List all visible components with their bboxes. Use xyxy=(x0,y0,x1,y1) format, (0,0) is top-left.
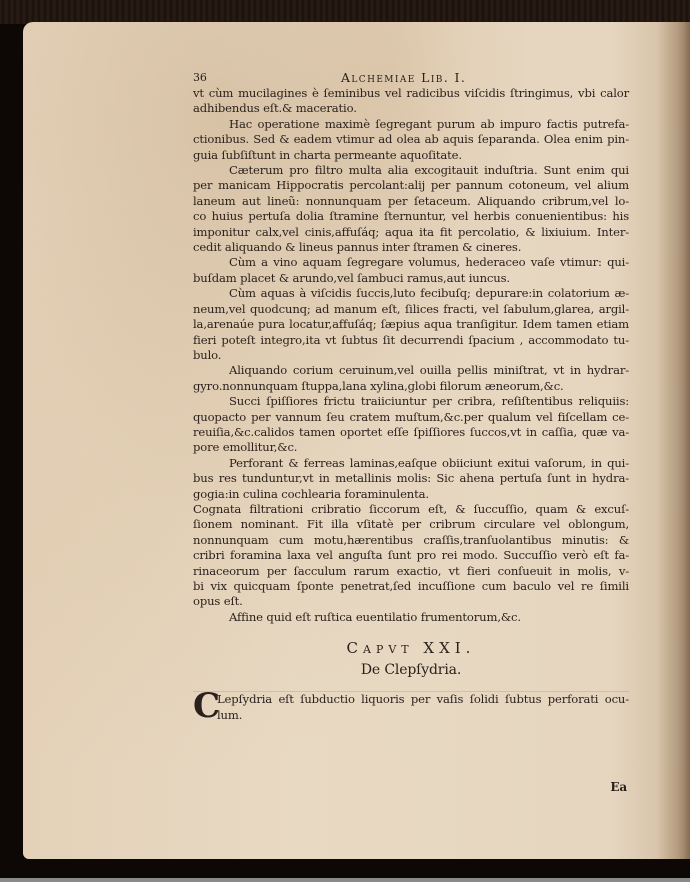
paragraph: Cæterum pro filtro multa alia excogitaui… xyxy=(193,163,629,255)
paragraph-line: guia ſubſiſtunt in charta permeante aquo… xyxy=(193,148,629,163)
paragraph: Aliquando corium ceruinum,vel ouilla pel… xyxy=(193,363,629,394)
drop-cap: C xyxy=(193,690,220,722)
paragraph: Cùm aquas à viſcidis ſuccis,luto fecibuſ… xyxy=(193,286,629,363)
paragraph-line: buſdam placet & arundo,vel ſambuci ramus… xyxy=(193,271,629,286)
paragraph: Succi ſpiſſiores frictu traiiciuntur per… xyxy=(193,394,629,456)
paragraph-line: vt cùm mucilagines è ſeminibus vel radic… xyxy=(193,86,629,101)
paragraph-line: Cùm aquas à viſcidis ſuccis,luto fecibuſ… xyxy=(193,286,629,301)
paragraph-line: gogia:in culina cochlearia foraminulenta… xyxy=(193,487,629,502)
running-head-title: Alchemiae Lib. I. xyxy=(341,70,466,85)
chapter-opening-paragraph: C Lepſydria eſt ſubductio liquoris per v… xyxy=(193,691,629,723)
book-page: 36 Alchemiae Lib. I. vt cùm mucilagines … xyxy=(23,22,690,859)
paragraph-line: neum,vel quodcunq; ad manum eſt, ſilices… xyxy=(193,302,629,317)
paragraph-line: per manicam Hippocratis percolant:alij p… xyxy=(193,178,629,193)
paragraph-line: fieri poteſt integro,ita vt ſubtus ſit d… xyxy=(193,333,629,348)
paragraph-line: opus eſt. xyxy=(193,594,629,609)
paragraph-line: Cæterum pro filtro multa alia excogitaui… xyxy=(193,163,629,178)
paragraph-line: Affine quid eſt ruſtica euentilatio frum… xyxy=(193,610,629,625)
paragraph-line: laneum aut lineũ: nonnunquam per ſetaceu… xyxy=(193,194,629,209)
paragraph-line: pore emollitur,&c. xyxy=(193,440,629,455)
paragraph-line: Hac operatione maximè ſegregant purum ab… xyxy=(193,117,629,132)
paragraph-line: cedit aliquando & lineus pannus inter ſt… xyxy=(193,240,629,255)
chapter-title: Capvt XXI. xyxy=(193,641,629,661)
paragraph-line: cribri foramina laxa vel anguſta ſunt pr… xyxy=(193,548,629,563)
paragraph-line: bus res tunduntur,vt in metallinis molis… xyxy=(193,471,629,486)
paragraph-line: nonnunquam cum motu,hærentibus craſſis,t… xyxy=(193,533,629,548)
paragraph-line: bulo. xyxy=(193,348,629,363)
paragraph-line: bi vix quicquam ſponte penetrat,ſed incu… xyxy=(193,579,629,594)
scan-top-edge xyxy=(0,0,690,24)
body-paragraphs: vt cùm mucilagines è ſeminibus vel radic… xyxy=(193,86,629,625)
paragraph: vt cùm mucilagines è ſeminibus vel radic… xyxy=(193,86,629,117)
paragraph-line: ctionibus. Sed & eadem vtimur ad olea ab… xyxy=(193,132,629,147)
paragraph-line: Perforant & ferreas laminas,eaſque obiic… xyxy=(193,456,629,471)
paragraph-line: co huius pertuſa dolia ſtramine ſternunt… xyxy=(193,209,629,224)
paragraph-line: Cognata filtrationi cribratio ſiccorum e… xyxy=(193,502,629,517)
paragraph-line: imponitur calx,vel cinis,affuſáq; aqua i… xyxy=(193,225,629,240)
paragraph-line: quopacto per vannum ſeu cratem muſtum,&c… xyxy=(193,410,629,425)
scan-bottom-edge xyxy=(0,878,690,882)
paragraph-line: Lepſydria eſt ſubductio liquoris per vaſ… xyxy=(217,692,629,707)
text-block: 36 Alchemiae Lib. I. vt cùm mucilagines … xyxy=(193,70,629,723)
running-head: 36 Alchemiae Lib. I. xyxy=(193,70,629,86)
paragraph-line: Aliquando corium ceruinum,vel ouilla pel… xyxy=(193,363,629,378)
paragraph-line: gyro.nonnunquam ſtuppa,lana xylina,globi… xyxy=(193,379,629,394)
paragraph: Hac operatione maximè ſegregant purum ab… xyxy=(193,117,629,163)
paragraph: Cùm a vino aquam ſegregare volumus, hede… xyxy=(193,255,629,286)
paragraph-line: Cùm a vino aquam ſegregare volumus, hede… xyxy=(193,255,629,270)
paragraph-line: rinaceorum per ſacculum rarum exactio, v… xyxy=(193,564,629,579)
page-number: 36 xyxy=(193,70,207,85)
paragraph-line: Succi ſpiſſiores frictu traiiciuntur per… xyxy=(193,394,629,409)
paragraph: Perforant & ferreas laminas,eaſque obiic… xyxy=(193,456,629,502)
paragraph-line: reuiſia,&c.calidos tamen oportet eſſe ſp… xyxy=(193,425,629,440)
chapter-subtitle: De Clepſydria. xyxy=(193,663,629,685)
paragraph: Affine quid eſt ruſtica euentilatio frum… xyxy=(193,610,629,625)
catchword: Ea xyxy=(610,780,627,795)
paragraph-line: adhibendus eſt.& maceratio. xyxy=(193,101,629,116)
paragraph: Cognata filtrationi cribratio ſiccorum e… xyxy=(193,502,629,610)
paragraph-line: la,arenaúe pura locatur,affuſáq; ſæpius … xyxy=(193,317,629,332)
paragraph-line: lum. xyxy=(217,708,629,723)
paragraph-line: ſionem nominant. Fit illa vſitatè per cr… xyxy=(193,517,629,532)
page-gutter-shadow xyxy=(658,22,690,859)
